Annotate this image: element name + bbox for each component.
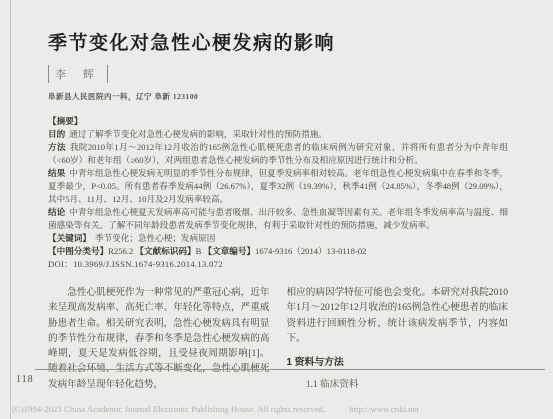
- doc-code-label: 【文献标识码】: [135, 246, 195, 256]
- author-affiliation: 阜新县人民医院内一科，辽宁 阜新 123100: [48, 91, 508, 102]
- abstract-conclusion: 结论中青年组急性心梗夏天发病率高可能与患者吸烟、出汗较多、急性血凝等因素有关。老…: [48, 206, 508, 232]
- abstract-objective: 目的通过了解季节变化对急性心梗发病的影响，采取针对性的预防措施。: [48, 128, 508, 141]
- scan-edge-line: [10, 0, 11, 419]
- left-column: 急性心肌梗死作为一种常见的严重冠心病，近年来呈现高发病率、高死亡率、年轻化等特点…: [48, 285, 270, 393]
- classification-line: 【中图分类号】R256.2 【文献标识码】B 【文章编号】1674-9316（2…: [48, 245, 508, 258]
- abstract-objective-label: 目的: [48, 129, 65, 139]
- article-page: 季节变化对急性心梗发病的影响 李 辉 阜新县人民医院内一科，辽宁 阜新 1231…: [48, 28, 508, 393]
- right-column: 相应的病因学特征可能也会变化。本研究对我院2010年1月～2012年12月收治的…: [287, 285, 509, 393]
- footer-rule: [35, 369, 545, 370]
- abstract-methods-label: 方法: [48, 142, 66, 152]
- doi-line: DOI：10.3969/J.ISSN.1674-9316.2014.13.072: [48, 258, 508, 271]
- abstract-conclusion-text: 中青年组急性心梗夏天发病率高可能与患者吸烟、出汗较多、急性血凝等因素有关。老年组…: [48, 207, 508, 230]
- cnki-footer: (C)1994-2023 China Academic Journal Elec…: [12, 404, 549, 414]
- abstract-conclusion-label: 结论: [48, 207, 65, 217]
- article-no-label: 【文章编号】: [203, 246, 255, 256]
- abstract-block: 【摘要】 目的通过了解季节变化对急性心梗发病的影响，采取针对性的预防措施。 方法…: [48, 115, 508, 271]
- keywords-text: 季节变化；急性心梗；发病原因: [95, 233, 215, 243]
- abstract-methods-text: 我院2010年1月～2012年12月收治的165例急性心肌梗死患者的临床病例为研…: [48, 142, 508, 165]
- body-columns: 急性心肌梗死作为一种常见的严重冠心病，近年来呈现高发病率、高死亡率、年轻化等特点…: [48, 285, 508, 393]
- page-number: 118: [16, 374, 34, 385]
- abstract-label: 【摘要】: [48, 115, 508, 128]
- author-name: 李 辉: [48, 65, 108, 83]
- copyright-text: (C)1994-2023 China Academic Journal Elec…: [12, 404, 325, 414]
- clc-value: R256.2: [108, 246, 133, 256]
- intro-paragraph-left: 急性心肌梗死作为一种常见的严重冠心病，近年来呈现高发病率、高死亡率、年轻化等特点…: [48, 285, 270, 392]
- keywords-label: 【关键词】: [48, 233, 91, 243]
- abstract-methods: 方法我院2010年1月～2012年12月收治的165例急性心肌梗死患者的临床病例…: [48, 141, 508, 167]
- clc-label: 【中图分类号】: [48, 246, 108, 256]
- article-title: 季节变化对急性心梗发病的影响: [48, 28, 508, 55]
- abstract-objective-text: 通过了解季节变化对急性心梗发病的影响，采取针对性的预防措施。: [69, 129, 327, 139]
- doc-code-value: B: [196, 246, 202, 256]
- scanned-paper-page: { "page": { "title": "季节变化对急性心梗发病的影响", "…: [0, 0, 553, 419]
- abstract-results-label: 结果: [48, 168, 65, 178]
- author-row: 李 辉: [48, 65, 508, 83]
- cnki-url: http://www.cnki.net: [349, 404, 419, 414]
- article-no-value: 1674-9316（2014）13-0118-02: [255, 246, 366, 256]
- abstract-results-text: 中青年组急性心梗发病无明显的季节性分布规律，但夏季发病率相对较高。老年组急性心梗…: [48, 168, 508, 204]
- intro-paragraph-right: 相应的病因学特征可能也会变化。本研究对我院2010年1月～2012年12月收治的…: [287, 285, 509, 346]
- abstract-results: 结果中青年组急性心梗发病无明显的季节性分布规律，但夏季发病率相对较高。老年组急性…: [48, 167, 508, 206]
- subsection-heading-clinical-data: 1.1 临床资料: [287, 377, 509, 392]
- keywords-line: 【关键词】季节变化；急性心梗；发病原因: [48, 232, 508, 245]
